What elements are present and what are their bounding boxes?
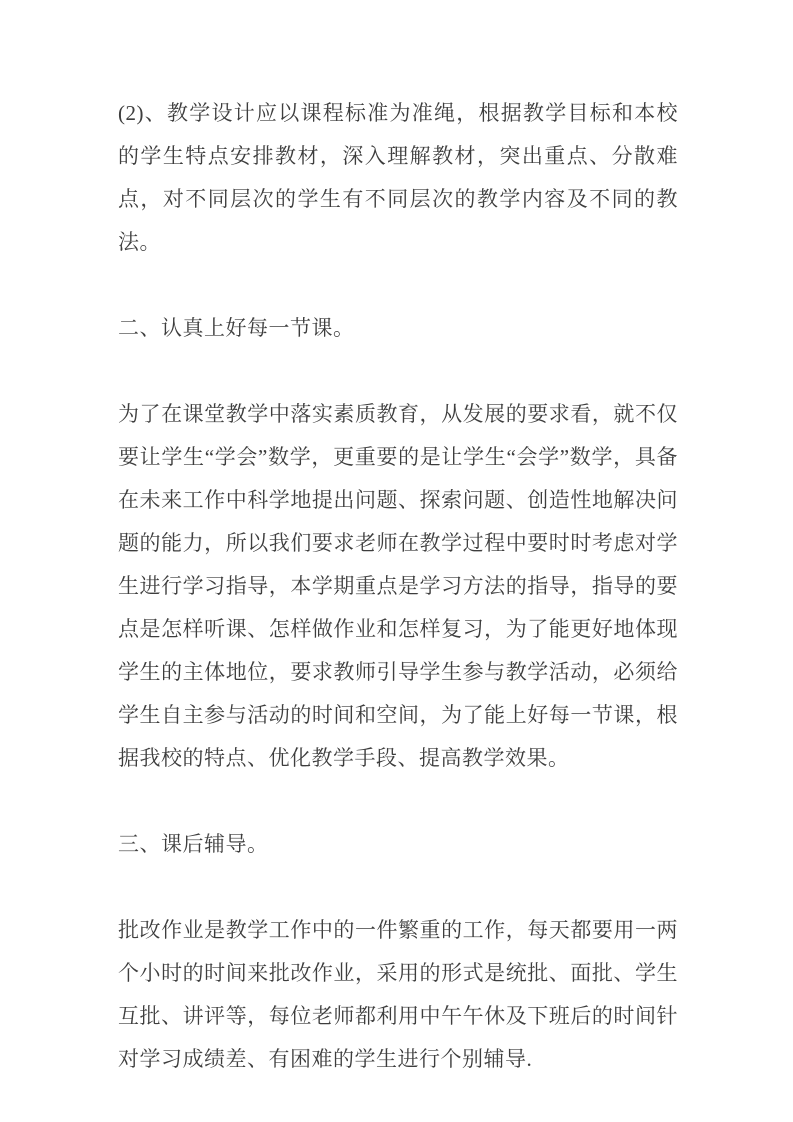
paragraph-section-3-body: 批改作业是教学工作中的一件繁重的工作，每天都要用一两个小时的时间来批改作业，采用… — [118, 909, 678, 1081]
paragraph-section-2-body: 为了在课堂教学中落实素质教育，从发展的要求看，就不仅要让学生“学会”数学，更重要… — [118, 393, 678, 780]
paragraph-2-item: (2)、教学设计应以课程标准为准绳，根据教学目标和本校的学生特点安排教材，深入理… — [118, 92, 678, 264]
document-content: (2)、教学设计应以课程标准为准绳，根据教学目标和本校的学生特点安排教材，深入理… — [118, 92, 678, 1122]
section-heading-2: 二、认真上好每一节课。 — [118, 307, 678, 350]
document-page: (2)、教学设计应以课程标准为准绳，根据教学目标和本校的学生特点安排教材，深入理… — [0, 0, 793, 1122]
section-heading-3: 三、课后辅导。 — [118, 823, 678, 866]
